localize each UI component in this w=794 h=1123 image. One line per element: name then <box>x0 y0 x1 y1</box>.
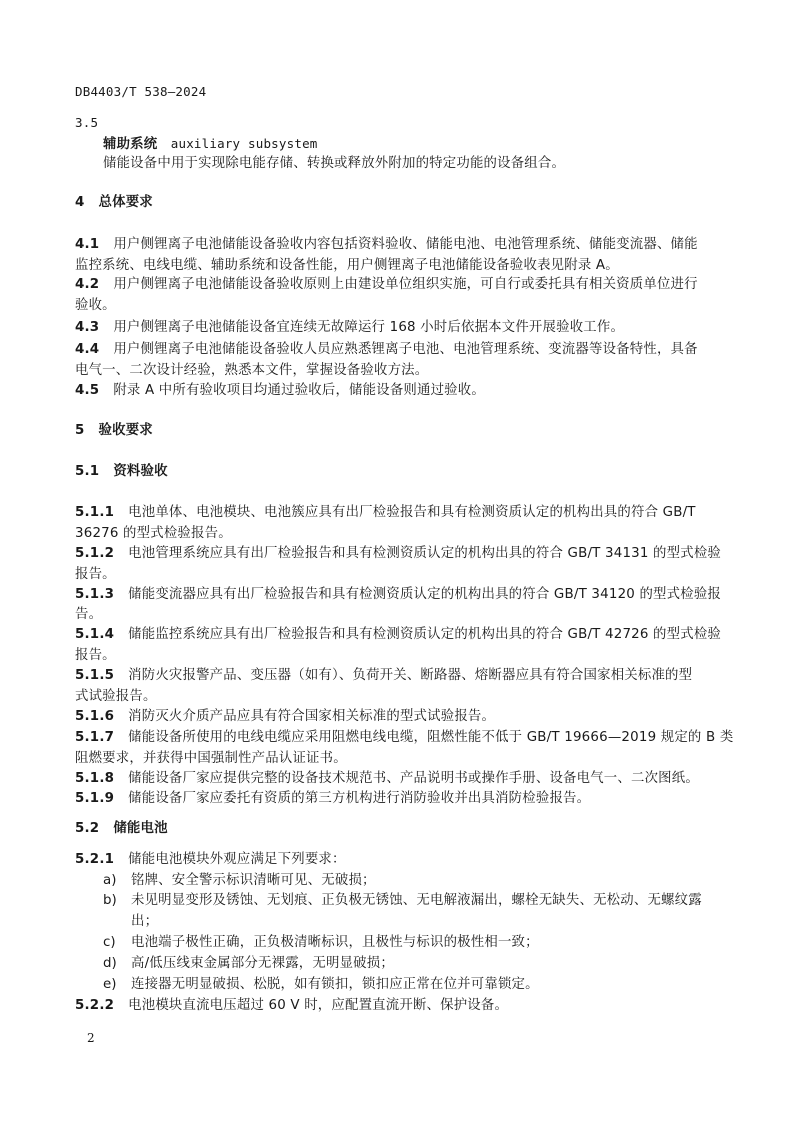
document-page: DB4403/T 538—2024 3.5 辅助系统 auxiliary sub… <box>0 0 794 1123</box>
list-item: 未见明显变形及锈蚀、无划痕、正负极无锈蚀、无电解液漏出，螺栓无缺失、无松动、无螺… <box>131 891 702 911</box>
clause-4-2: 4.2用户侧锂离子电池储能设备验收原则上由建设单位组织实施，可自行或委托具有相关… <box>75 275 698 295</box>
clause-4-2-cont: 验收。 <box>75 296 116 316</box>
list-item-label: e) <box>103 975 116 995</box>
clause-5-1-5-cont: 式试验报告。 <box>75 687 157 707</box>
section-5-heading: 5验收要求 <box>75 421 153 441</box>
clause-5-1-2: 5.1.2电池管理系统应具有出厂检验报告和具有检测资质认定的机构出具的符合 GB… <box>75 544 721 564</box>
document-header-id: DB4403/T 538—2024 <box>75 82 206 102</box>
clause-5-1-7-cont: 阻燃要求，并获得中国强制性产品认证证书。 <box>75 749 347 769</box>
list-item: 高/低压线束金属部分无裸露，无明显破损； <box>131 954 394 974</box>
term-definition: 储能设备中用于实现除电能存储、转换或释放外附加的特定功能的设备组合。 <box>103 154 565 174</box>
section-4-heading: 4总体要求 <box>75 193 153 213</box>
clause-5-1-1: 5.1.1电池单体、电池模块、电池簇应具有出厂检验报告和具有检测资质认定的机构出… <box>75 503 696 523</box>
clause-4-1-cont: 监控系统、电线电缆、辅助系统和设备性能，用户侧锂离子电池储能设备验收表见附录 A… <box>75 256 619 276</box>
clause-5-1-8: 5.1.8储能设备厂家应提供完整的设备技术规范书、产品说明书或操作手册、设备电气… <box>75 769 699 789</box>
clause-4-4: 4.4用户侧锂离子电池储能设备验收人员应熟悉锂离子电池、电池管理系统、变流器等设… <box>75 340 698 360</box>
term-zh: 辅助系统 <box>103 137 157 152</box>
clause-5-1-4-cont: 报告。 <box>75 646 116 666</box>
list-item-label: a) <box>103 871 116 891</box>
clause-5-2-1: 5.2.1储能电池模块外观应满足下列要求： <box>75 850 346 870</box>
list-item: 连接器无明显破损、松脱，如有锁扣，锁扣应正常在位并可靠锁定。 <box>131 975 539 995</box>
clause-5-1-6: 5.1.6消防灭火介质产品应具有符合国家相关标准的型式试验报告。 <box>75 707 495 727</box>
clause-5-1-5: 5.1.5消防火灾报警产品、变压器（如有）、负荷开关、断路器、熔断器应具有符合国… <box>75 666 692 686</box>
page-number: 2 <box>87 1031 95 1045</box>
list-item-label: c) <box>103 933 116 953</box>
clause-5-1-3-cont: 告。 <box>75 605 102 625</box>
list-item: 电池端子极性正确，正负极清晰标识，且极性与标识的极性相一致； <box>131 933 539 953</box>
section-number: 4 <box>75 193 85 213</box>
clause-4-1: 4.1用户侧锂离子电池储能设备验收内容包括资料验收、储能电池、电池管理系统、储能… <box>75 235 698 255</box>
clause-5-1-7: 5.1.7储能设备所使用的电线电缆应采用阻燃电线电缆，阻燃性能不低于 GB/T … <box>75 728 733 748</box>
list-item-label: b) <box>103 891 117 911</box>
list-item: 铭牌、安全警示标识清晰可见、无破损； <box>131 871 376 891</box>
term-number: 3.5 <box>75 113 98 133</box>
section-title: 总体要求 <box>99 195 153 210</box>
clause-5-2-2: 5.2.2电池模块直流电压超过 60 V 时，应配置直流开断、保护设备。 <box>75 996 508 1016</box>
clause-5-1-4: 5.1.4储能监控系统应具有出厂检验报告和具有检测资质认定的机构出具的符合 GB… <box>75 625 721 645</box>
clause-5-1-9: 5.1.9储能设备厂家应委托有资质的第三方机构进行消防验收并出具消防检验报告。 <box>75 789 590 809</box>
clause-5-1-2-cont: 报告。 <box>75 565 116 585</box>
clause-4-4-cont: 电气一、二次设计经验，熟悉本文件，掌握设备验收方法。 <box>75 361 428 381</box>
clause-4-3: 4.3用户侧锂离子电池储能设备宜连续无故障运行 168 小时后依据本文件开展验收… <box>75 318 624 338</box>
clause-5-1-1-cont: 36276 的型式检验报告。 <box>75 524 232 544</box>
list-item-label: d) <box>103 954 117 974</box>
subsection-5-2-heading: 5.2储能电池 <box>75 819 168 839</box>
term-en: auxiliary subsystem <box>171 136 318 151</box>
term-heading: 辅助系统 auxiliary subsystem <box>103 134 318 155</box>
clause-4-5: 4.5附录 A 中所有验收项目均通过验收后，储能设备则通过验收。 <box>75 381 485 401</box>
list-item-cont: 出； <box>131 912 158 932</box>
clause-5-1-3: 5.1.3储能变流器应具有出厂检验报告和具有检测资质认定的机构出具的符合 GB/… <box>75 585 721 605</box>
subsection-5-1-heading: 5.1资料验收 <box>75 462 168 482</box>
